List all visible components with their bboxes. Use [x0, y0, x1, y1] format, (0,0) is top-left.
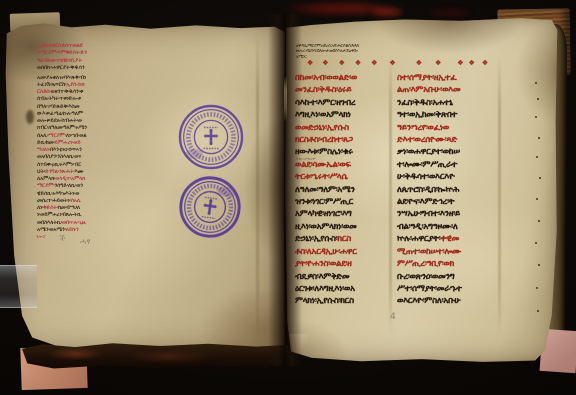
cross-ornament-icon: ❖ [389, 59, 395, 67]
text-line: ሰአሊ፡ማርያም፡ለነ፡ኀበ፡ወል [37, 133, 153, 140]
left-page: ኢየሱስ፡ክርስቶስ፡ተወልደእማርያም፡እምቅድስት፡ድንግል፡በከመ፡ተነበ… [4, 20, 286, 356]
margin-crease [498, 56, 501, 336]
text-line: ቃነ፡ወሐዋርያተ፡ወከሠ [397, 146, 497, 158]
interlinear-note: ቅዳሴ፡ዘማርያም [296, 157, 316, 161]
red-smear-top-small [372, 8, 402, 16]
text-line: ነ፡ወይምሐረነ፡በጸሎትኪ [37, 212, 153, 219]
text-line: ብዴዎስ፡እምቅድመ [295, 271, 395, 283]
text-column-2: ስተ፡ሰማያት፡ዘኢተፈልጠ፡እምአቡሁ፡ወእመንፈስ፡ቅዱስ፡አሐተኒዓተ፡ወ… [397, 72, 497, 308]
wormhole-specks [535, 82, 537, 84]
cross-ornament-icon: ❖ [435, 59, 441, 67]
text-line: ክርስቶስ፡ብረከተ፡ጸጋ [295, 134, 395, 146]
text-line: ቶስ፡ለአርዳኢሁ፡ሐዋር [295, 246, 395, 258]
text-line: ዕርገቱ፡ለእግዚእነ፡ወአ [295, 283, 395, 295]
text-line: ሳእኩተ፡እምር፡ዘገብረ [295, 97, 395, 109]
text-line: ትፈነሽ፡ጴጥሮስ፡ኢየሱስ፡ክ [37, 82, 153, 89]
text-line: ድኪ፡ከመ፡ይምሐረነ፡ወይ [37, 140, 153, 147]
cross-ornament-icon: ❖ [355, 59, 361, 67]
right-page: ዘቅዳሴ፡ማርያም፡ዘደረሰ፡አባ፡ሕርያቆስ፡ጳጳስዘሀገረ፡ብህንሳ፡በጸሎ… [284, 16, 560, 364]
page-corner-fold [286, 334, 308, 358]
page-crease [256, 30, 259, 350]
text-line: ማርያም፡ንሰግድ፡ለኪ፡ወን [37, 183, 153, 190]
text-line: ተ፡ሎሙ፡ምሥጢራተ [397, 159, 497, 171]
text-line: ሚጠተ፡ወከሠተ፡ሎሙ [397, 246, 497, 258]
text-line: ድኃኒነ፡ኢየሱስ፡ክርስ [295, 233, 395, 245]
scribal-header: ዘቅዳሴ፡ማርያም፡ዘደረሰ፡አባ፡ሕርያቆስ፡ጳጳስዘሀገረ፡ብህንሳ፡በጸሎ… [296, 44, 359, 60]
pencil-annotation: ሓፃ [80, 237, 90, 247]
text-line: ስተበቍዐኪ፡ኦእምነ፡ብር [37, 162, 153, 169]
text-line: አሜን፡ወአሜን፡ለይኩን [37, 227, 153, 234]
text-line: ወሰበኩ፡ሐዋርያት፡ቅዱሳን [37, 65, 153, 72]
text-line: ንፈስ፡ቅዱስ፡አሐተኒ [397, 97, 497, 109]
text-line: ለጴጥሮስ፡ዲበ፡ኰኵሕ [397, 184, 497, 196]
text-line: ሁ፡ቅዱሳተ፡ወእርእዮ [397, 171, 497, 183]
cross-ornament-icon: ❖ [307, 59, 313, 67]
text-line: ዌድሰኪ፡ኦእግዝእትነ፡ወ [37, 191, 153, 198]
text-line: ህት፡ድንግል፡ንጽሕት፡እሙ [37, 169, 153, 176]
text-line: ዚእነ፡ወአምላክነ፡ወመ [295, 221, 395, 233]
text-line: ያት፡ዮሐንስ፡ወልደ፡ዘ [295, 258, 395, 270]
text-line: ወመድኃኒነ፡ኢየሱስ [295, 122, 395, 134]
text-line: መሰረተ፡ሕይወትነ፡ሰአሊ [37, 198, 153, 205]
text-line: ለዓለመ፡ዓለም፡አሜን [295, 184, 395, 196]
cross-ornament-icon: ❖ [416, 59, 422, 67]
cross-ornament-icon: ❖ [371, 59, 377, 67]
cross-ornament-icon: ❖ [322, 59, 328, 67]
text-line: ስተ፡ሰማያት፡ዘኢተፈ [397, 72, 497, 84]
tape-strip [0, 265, 37, 308]
cross-ornament-row: ❖❖❖❖❖❖❖❖❖❖❖ [297, 59, 495, 67]
ink-smudge [26, 110, 34, 124]
cross-ornament-icon: ❖ [339, 59, 345, 67]
text-line: ምሥጢረ፡ዓቢየ፡ወክ [397, 258, 497, 270]
text-line: ዓይን፡ኀረየ፡ወፈነወ [397, 122, 497, 134]
manuscript-photo: ኢየሱስ፡ክርስቶስ፡ተወልደእማርያም፡እምቅድስት፡ድንግል፡በከመ፡ተነበ… [0, 0, 576, 395]
cross-ornament-icon: ❖ [469, 59, 475, 67]
text-line: ግል፡በከመ፡ተነበዩ፡ነቢያት [37, 58, 153, 65]
text-line: ወአባስያን፡ንስእለኪ፡ወና [37, 154, 153, 161]
text-line: በዓለ፡ገሃደ፡ጽድቅ፡እስመ [37, 104, 153, 111]
text-line: እማርያም፡እምቅድስት፡ድን [37, 50, 153, 57]
cross-ornament-icon: ❖ [482, 59, 488, 67]
scribal-header-line: ዘሀገረ፡ብህንሳ፡በጸሎታ፡ወበስእለታ፡ይዕቀበነ [296, 49, 359, 54]
red-smear-top-faint [430, 10, 470, 16]
text-line: ሰብአ፡ትካት፡ተቀነዩ፡ሎቱ [37, 96, 153, 103]
text-line: ልጠ፡እምአቡሁ፡ወእመ [397, 84, 497, 96]
text-line: ዝንቱ፡ነገር፡ምሥጢር [295, 196, 395, 208]
text-line: ንሣኤሁ፡ግብተ፡እንዘ፡ይ [397, 208, 497, 220]
pencil-annotation: ች [59, 234, 66, 245]
text-column-1: በከመ፡አብ፡ወወልድ፡ወመንፈስ፡ቅዱስ፡ዕሩይሳእኩተ፡እምር፡ዘገብረእግ… [295, 72, 395, 308]
library-stamp-lower [172, 169, 249, 246]
text-line: ድእተ፡ወረሰዮሙ፡ጻድ [397, 134, 497, 146]
text-line: ብል፡ዓዲ፡አግዓዞሙ፡ለ [397, 221, 497, 233]
text-line: ዓተ፡ወኢከመ፡ቅጽበተ [397, 109, 497, 121]
text-line: ውእቱ፡ፈጣሬ፡ኩሉ፡ዓለም [37, 111, 153, 118]
text-line: አመ፡ያአቁለዝ፡ባእ፡ጽቅ፡ብነ [37, 75, 153, 82]
text-line: በከመ፡አብ፡ወወልድ፡ወ [295, 72, 395, 84]
library-stamp-upper [176, 102, 246, 172]
cross-ornament-icon: ❖ [457, 59, 463, 67]
text-line: ትርቱ፡ኄሩት፡ሥላሴ [295, 171, 395, 183]
text-line: ኵሉ፡ሐዋርያት፡ቀዊመ [397, 233, 497, 245]
text-line: እግዚእነ፡ወአምላክነ [295, 109, 395, 121]
left-page-text-block: ኢየሱስ፡ክርስቶስ፡ተወልደእማርያም፡እምቅድስት፡ድንግል፡በከመ፡ተነበ… [37, 43, 153, 234]
binding-thread [284, 76, 287, 122]
text-line: ምላክነ፡ኢየሱስ፡ክርስ [295, 295, 395, 307]
text-line: መንፈስ፡ቅዱስ፡ዕሩይ [295, 84, 395, 96]
pencil-folio-number: 4 [390, 312, 396, 322]
text-line: ክብር፡ለዓለመ፡ዓለም፡አሜን [37, 125, 153, 132]
text-line: ወበስእለትኪ፡ወበኵሉ፡ጊዜ [37, 220, 153, 227]
text-line: ልደ፡ዮና፡እምድኅረ፡ት [397, 196, 497, 208]
text-line: ቡረ፡ወጽንዐ፡ወመንግ [397, 271, 497, 283]
text-line: ሥተ፡ሰማያት፡መራኁተ [397, 283, 497, 295]
text-line: ወእርእዮ፡ምስለ፡አቡሁ [397, 295, 497, 307]
text-line: አምላካዊ፡ዘነገሮ፡እግ [295, 208, 395, 220]
red-marginal-note: ንሎፓ [36, 234, 46, 240]
